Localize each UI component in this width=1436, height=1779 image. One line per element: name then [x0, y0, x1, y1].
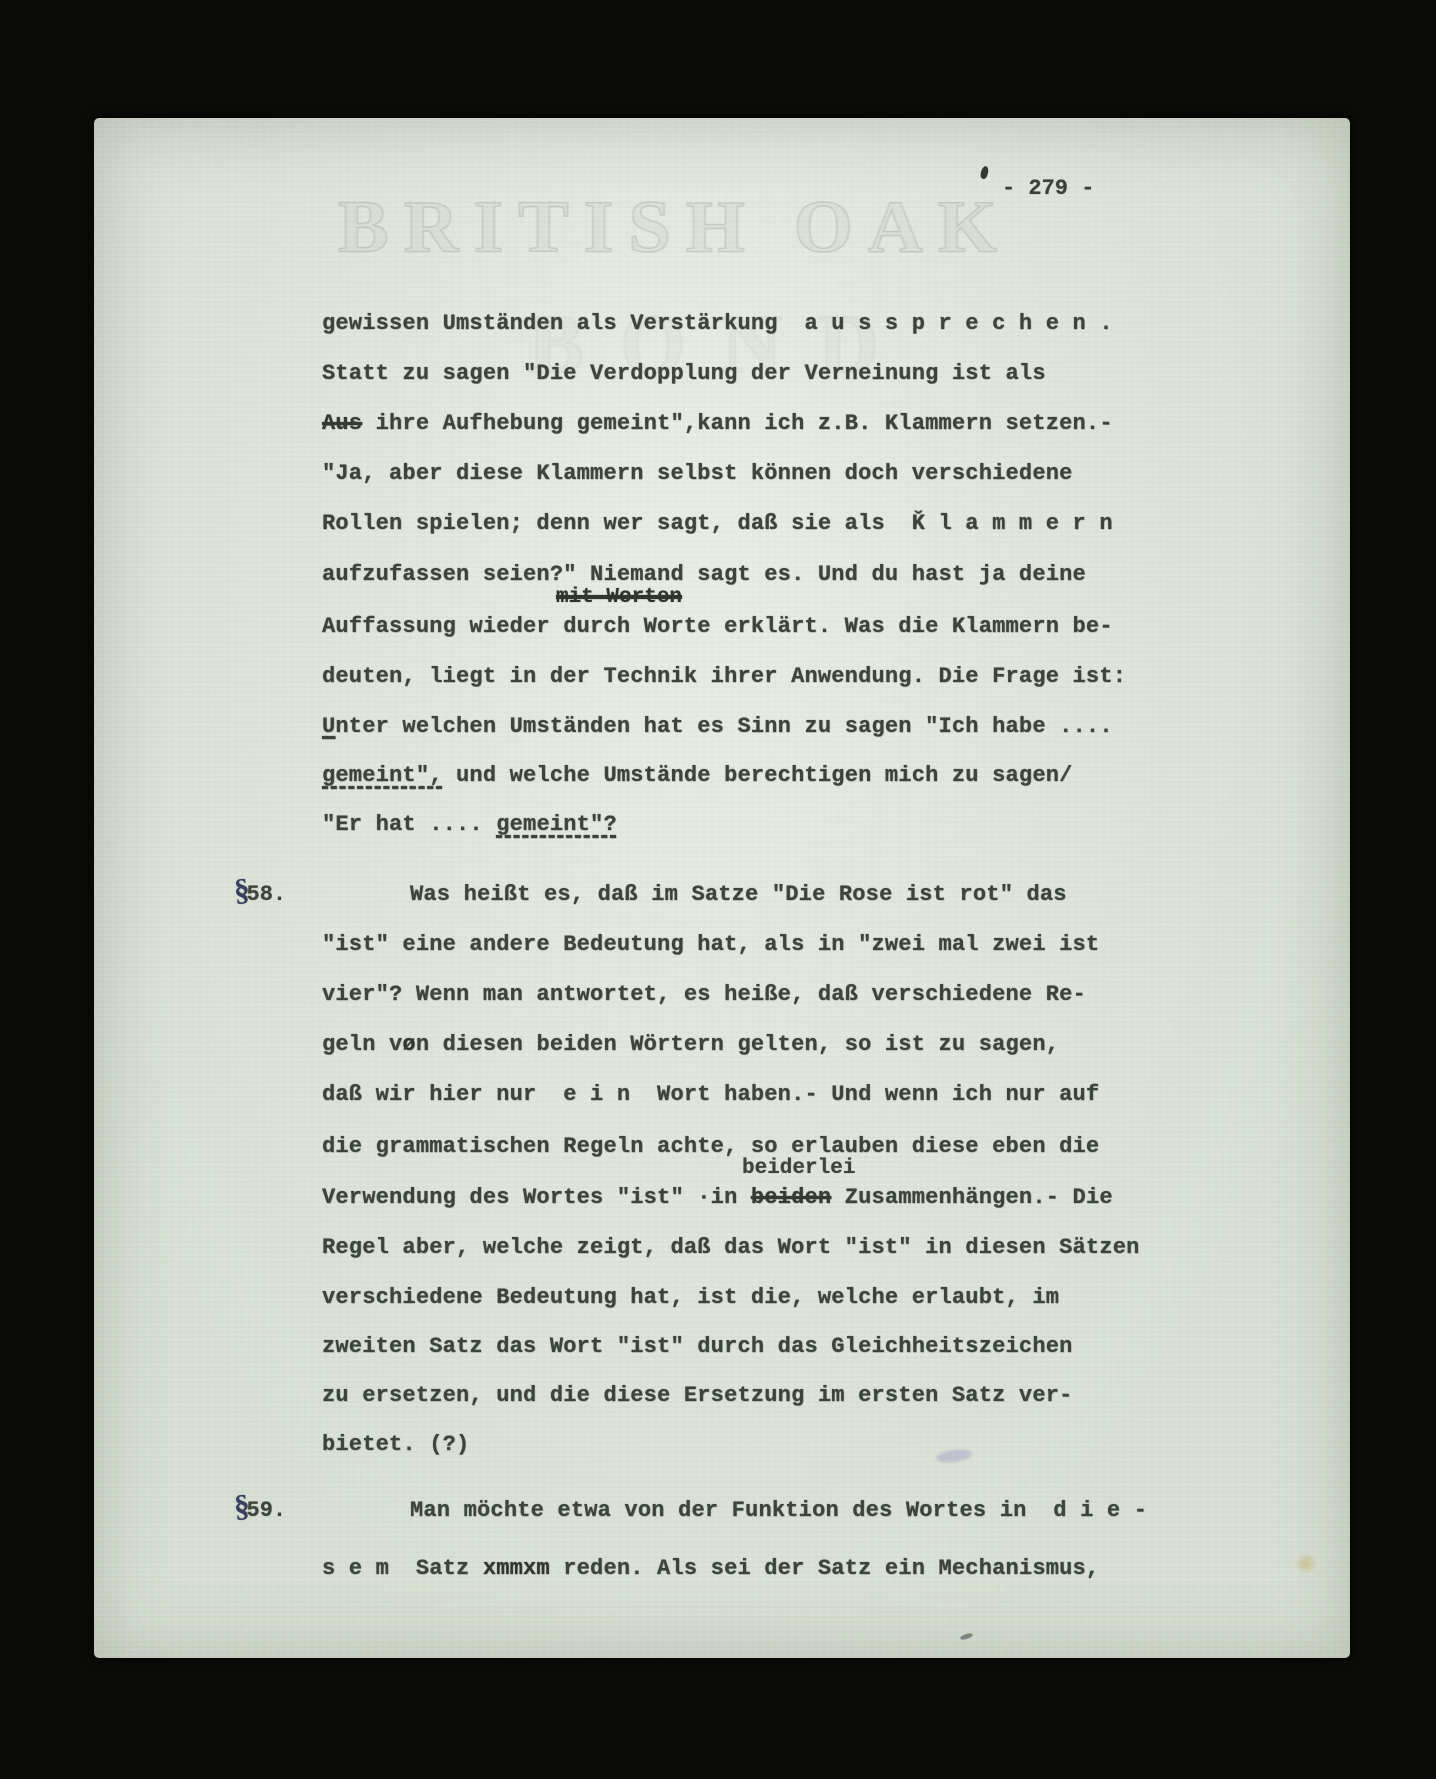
typescript-line: vier"? Wenn man antwortet, es heiße, daß… [322, 980, 1086, 1010]
typescript-line: aufzufassen seien?" Niemand sagt es. Und… [322, 560, 1086, 590]
section-marker-58: §58. [234, 872, 286, 908]
typescript-line: geln vøn diesen beiden Wörtern gelten, s… [322, 1030, 1059, 1060]
struck-word: Aus [322, 411, 362, 436]
typescript-line: Verwendung des Wortes "ist" ·in beiden Z… [322, 1183, 1113, 1213]
line-text: ihre Aufhebung gemeint",kann ich z.B. Kl… [362, 411, 1113, 436]
scan-background: BRITISH OAK BOND - 279 - gewissen Umstän… [0, 0, 1436, 1779]
typescript-line: gewissen Umständen als Verstärkung a u s… [322, 309, 1113, 339]
typescript-line: verschiedene Bedeutung hat, ist die, wel… [322, 1283, 1059, 1313]
line-text: n diesen beiden Wörtern gelten, so ist z… [416, 1032, 1059, 1057]
typescript-line: bietet. (?) [322, 1430, 469, 1460]
typescript-line: die grammatischen Regeln achte, so erlau… [322, 1132, 1099, 1162]
section-number: 59. [247, 1498, 287, 1523]
underlined-letter: U [322, 714, 335, 739]
watermark-british-oak: BRITISH OAK [338, 185, 1012, 269]
typescript-line: zu ersetzen, und die diese Ersetzung im … [322, 1381, 1073, 1411]
section-number: 58. [247, 882, 287, 907]
typescript-line: s e m Satz xmmxm reden. Als sei der Satz… [322, 1554, 1099, 1584]
interlinear-insertion-beiderlei: beiderlei [742, 1157, 855, 1180]
typescript-line: Aus ihre Aufhebung gemeint",kann ich z.B… [322, 409, 1113, 439]
typescript-line: Regel aber, welche zeigt, daß das Wort "… [322, 1233, 1140, 1263]
underlined-word-gemeint: gemeint"? [496, 812, 617, 837]
typescript-line: "Ja, aber diese Klammern selbst können d… [322, 459, 1073, 489]
typescript-line: Auffassung wieder durch Worte erklärt. W… [322, 612, 1113, 642]
typescript-line: "Er hat .... gemeint"? [322, 810, 617, 840]
interlinear-strikethrough-mit-worten: mit Worten [556, 586, 682, 609]
line-text: und welche Umstände berechtigen mich zu … [443, 763, 1073, 788]
line-text: nter welchen Umständen hat es Sinn zu sa… [335, 714, 1112, 739]
typescript-line: Man möchte etwa von der Funktion des Wor… [410, 1496, 1147, 1526]
typescript-line: Unter welchen Umständen hat es Sinn zu s… [322, 712, 1113, 742]
line-text: Zusammenhängen.- Die [831, 1185, 1112, 1210]
section-sign-handwritten: § [233, 1488, 251, 1525]
underlined-word-gemeint: gemeint", [322, 763, 443, 788]
line-text: "Er hat .... [322, 812, 496, 837]
typescript-line: zweiten Satz das Wort "ist" durch das Gl… [322, 1332, 1073, 1362]
typescript-line: daß wir hier nur e i n Wort haben.- Und … [322, 1080, 1099, 1110]
typescript-line: gemeint", und welche Umstände berechtige… [322, 761, 1073, 791]
struck-word-beiden: beiden [751, 1185, 831, 1210]
line-text: Verwendung des Wortes "ist" ·in [322, 1185, 751, 1210]
typescript-line: "ist" eine andere Bedeutung hat, als in … [322, 930, 1099, 960]
line-text: geln v [322, 1032, 402, 1057]
typescript-line: Statt zu sagen "Die Verdopplung der Vern… [322, 359, 1046, 389]
overtyped-deleted-word: xmmxm [483, 1556, 550, 1581]
paper-stain [1295, 1554, 1317, 1573]
typescript-line: deuten, liegt in der Technik ihrer Anwen… [322, 662, 1126, 692]
typescript-line: Rollen spielen; denn wer sagt, daß sie a… [322, 509, 1113, 539]
overtyped-letter: ø [402, 1032, 415, 1057]
section-sign-handwritten: § [233, 872, 251, 909]
page-number: - 279 - [1002, 176, 1094, 201]
line-text: s e m Satz [322, 1556, 483, 1581]
line-text: reden. Als sei der Satz ein Mechanismus, [550, 1556, 1100, 1581]
typescript-line: Was heißt es, daß im Satze "Die Rose ist… [410, 880, 1067, 910]
section-marker-59: §59. [234, 1488, 286, 1524]
